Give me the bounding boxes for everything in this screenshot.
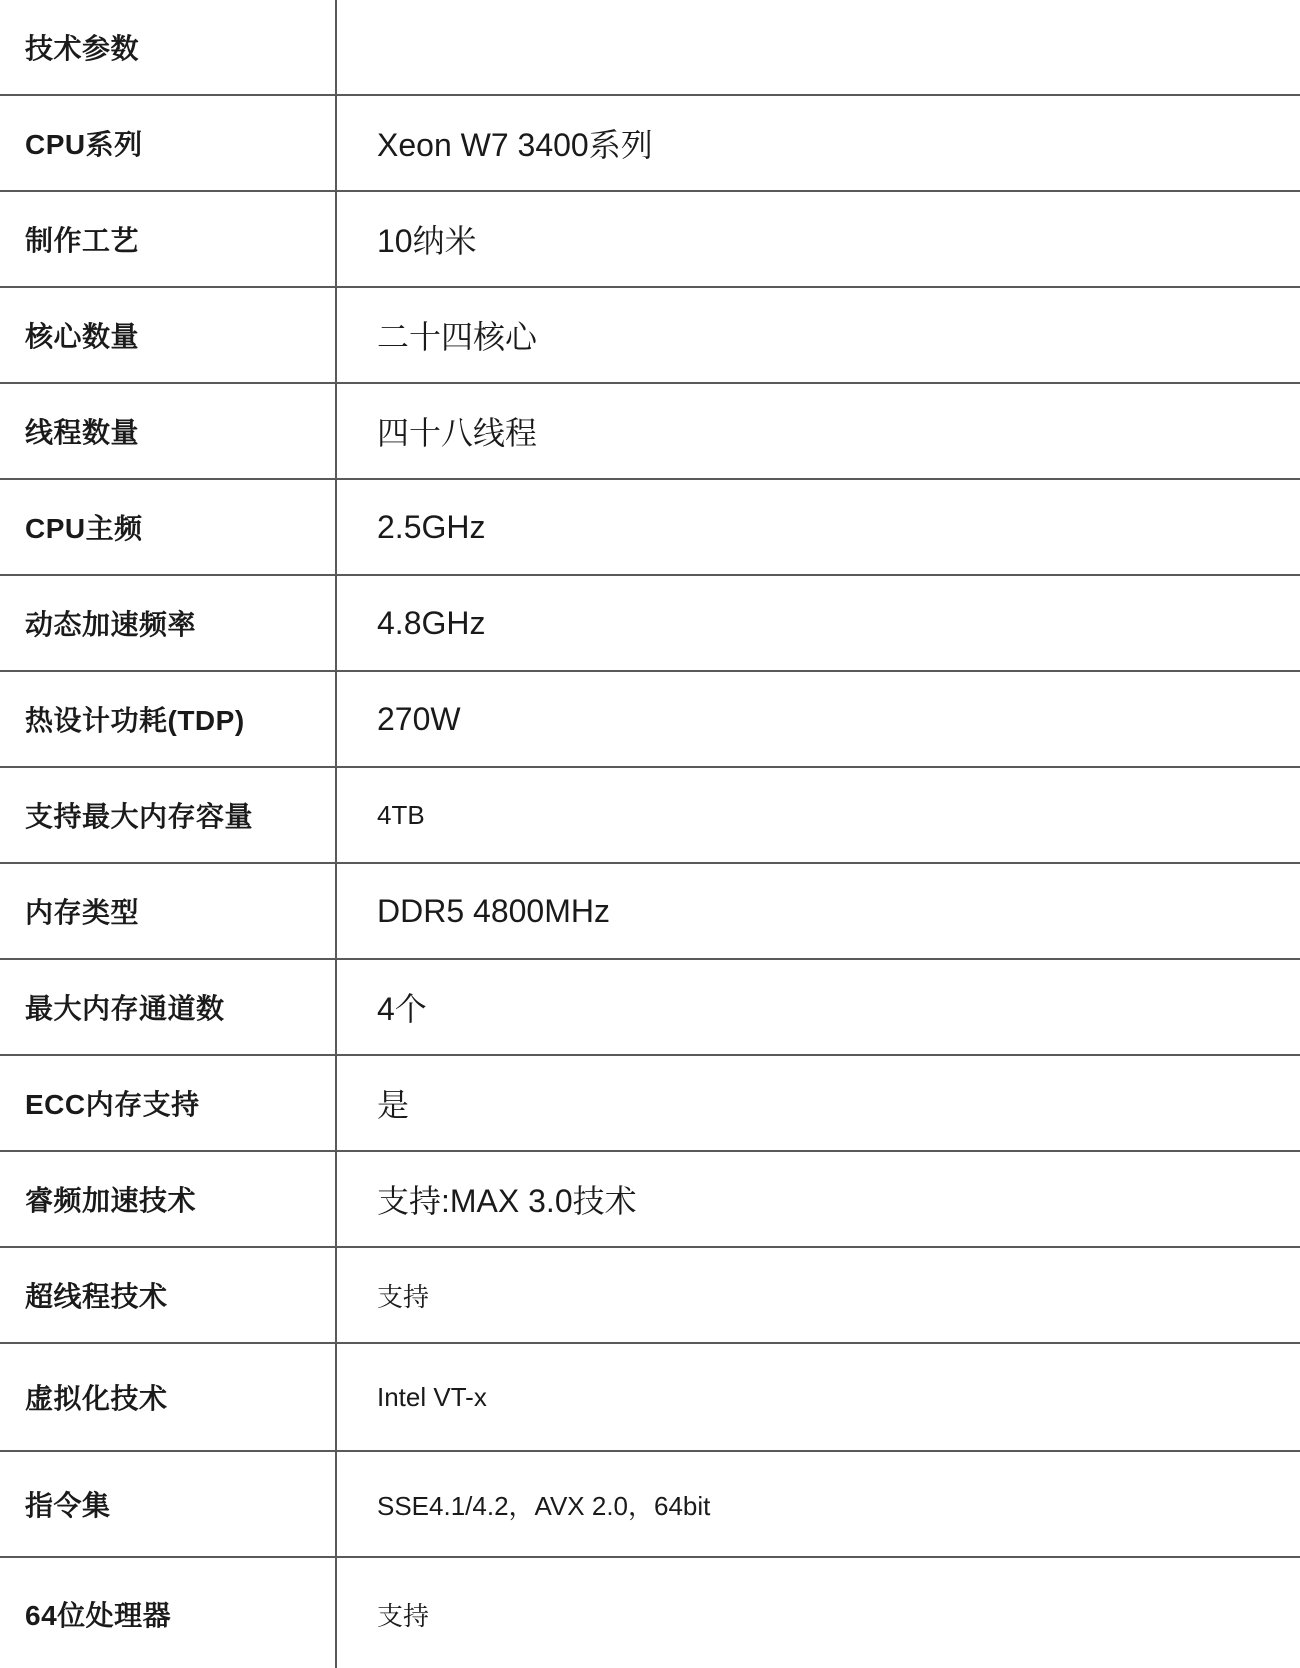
spec-label: 制作工艺 bbox=[0, 192, 337, 286]
spec-label: 最大内存通道数 bbox=[0, 960, 337, 1054]
spec-label: 虚拟化技术 bbox=[0, 1344, 337, 1450]
spec-label: 线程数量 bbox=[0, 384, 337, 478]
spec-row: 核心数量 二十四核心 bbox=[0, 288, 1300, 384]
spec-value: SSE4.1/4.2，AVX 2.0，64bit bbox=[337, 1452, 1300, 1556]
spec-row: 制作工艺 10纳米 bbox=[0, 192, 1300, 288]
spec-label: 热设计功耗(TDP) bbox=[0, 672, 337, 766]
spec-row: 线程数量 四十八线程 bbox=[0, 384, 1300, 480]
spec-label: 内存类型 bbox=[0, 864, 337, 958]
spec-value: Xeon W7 3400系列 bbox=[337, 96, 1300, 190]
spec-label: ECC内存支持 bbox=[0, 1056, 337, 1150]
spec-value: 4.8GHz bbox=[337, 576, 1300, 670]
spec-value: 4TB bbox=[337, 768, 1300, 862]
spec-label: 超线程技术 bbox=[0, 1248, 337, 1342]
spec-row: 最大内存通道数 4个 bbox=[0, 960, 1300, 1056]
spec-label: 指令集 bbox=[0, 1452, 337, 1556]
spec-row: 热设计功耗(TDP) 270W bbox=[0, 672, 1300, 768]
spec-label: 技术参数 bbox=[0, 0, 337, 94]
spec-value: Intel VT-x bbox=[337, 1344, 1300, 1450]
spec-row: 技术参数 bbox=[0, 0, 1300, 96]
spec-row: 睿频加速技术 支持:MAX 3.0技术 bbox=[0, 1152, 1300, 1248]
spec-label: CPU主频 bbox=[0, 480, 337, 574]
spec-value bbox=[337, 0, 1300, 94]
spec-value: 四十八线程 bbox=[337, 384, 1300, 478]
spec-row: CPU主频 2.5GHz bbox=[0, 480, 1300, 576]
spec-label: 核心数量 bbox=[0, 288, 337, 382]
spec-value: 270W bbox=[337, 672, 1300, 766]
spec-row: 内存类型 DDR5 4800MHz bbox=[0, 864, 1300, 960]
spec-table: 技术参数 CPU系列 Xeon W7 3400系列 制作工艺 10纳米 核心数量… bbox=[0, 0, 1300, 1668]
spec-value: 10纳米 bbox=[337, 192, 1300, 286]
spec-row: CPU系列 Xeon W7 3400系列 bbox=[0, 96, 1300, 192]
spec-value: 支持:MAX 3.0技术 bbox=[337, 1152, 1300, 1246]
spec-row: 支持最大内存容量 4TB bbox=[0, 768, 1300, 864]
spec-row: 64位处理器 支持 bbox=[0, 1558, 1300, 1668]
spec-label: 64位处理器 bbox=[0, 1558, 337, 1668]
spec-value: 支持 bbox=[337, 1248, 1300, 1342]
spec-label: 支持最大内存容量 bbox=[0, 768, 337, 862]
spec-row: 超线程技术 支持 bbox=[0, 1248, 1300, 1344]
spec-label: 动态加速频率 bbox=[0, 576, 337, 670]
spec-row: 动态加速频率 4.8GHz bbox=[0, 576, 1300, 672]
spec-value: 4个 bbox=[337, 960, 1300, 1054]
spec-value: 2.5GHz bbox=[337, 480, 1300, 574]
spec-row: 指令集 SSE4.1/4.2，AVX 2.0，64bit bbox=[0, 1452, 1300, 1558]
spec-row: ECC内存支持 是 bbox=[0, 1056, 1300, 1152]
spec-value: DDR5 4800MHz bbox=[337, 864, 1300, 958]
spec-row: 虚拟化技术 Intel VT-x bbox=[0, 1344, 1300, 1452]
spec-label: CPU系列 bbox=[0, 96, 337, 190]
spec-value: 是 bbox=[337, 1056, 1300, 1150]
spec-value: 支持 bbox=[337, 1558, 1300, 1668]
spec-value: 二十四核心 bbox=[337, 288, 1300, 382]
spec-label: 睿频加速技术 bbox=[0, 1152, 337, 1246]
